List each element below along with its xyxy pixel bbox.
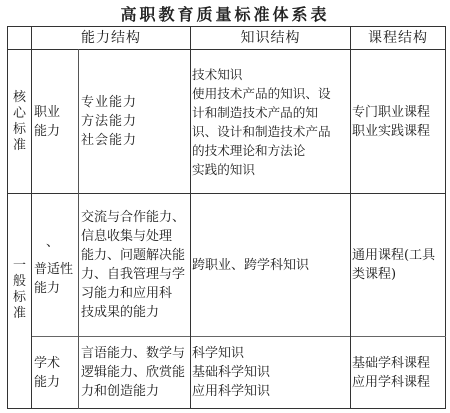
courses-academic: 基础学科课程 应用学科课程 [352, 337, 445, 408]
document-title: 高职教育质量标准体系表 [0, 2, 450, 25]
header-ability-structure: 能力结构 [32, 27, 190, 49]
header-knowledge-structure: 知识结构 [191, 27, 350, 49]
sub-label-universal-ability: 、 普适性 能力 [34, 194, 78, 336]
col-divider-1 [31, 26, 32, 409]
category-core-standard: 核 心 标 准 [8, 50, 31, 193]
knowledge-academic: 科学知识 基础科学知识 应用科学知识 [192, 337, 350, 408]
category-general-standard: 一 般 标 准 [8, 194, 31, 408]
courses-universal: 通用课程(工具 类课程) [352, 194, 445, 336]
col-divider-3 [190, 26, 191, 409]
courses-core: 专门职业课程 职业实践课程 [352, 50, 445, 193]
abilities-academic: 言语能力、数学与 逻辑能力、欣赏能 力和创造能力 [81, 337, 190, 408]
abilities-core: 专业能力 方法能力 社会能力 [81, 50, 190, 193]
knowledge-core: 技术知识 使用技术产品的知识、设 计和制造技术产品的知 识、设计和制造技术产品 … [192, 50, 350, 193]
abilities-universal: 交流与合作能力、 信息收集与处理 能力、问题解决能 力、自我管理与学 习能力和应… [81, 194, 190, 336]
enumeration-mark: 、 [34, 233, 59, 252]
sub-label-vocational-ability: 职业 能力 [34, 50, 78, 193]
table-border-bottom [7, 408, 446, 409]
col-divider-2 [78, 49, 79, 409]
knowledge-universal: 跨职业、跨学科知识 [192, 194, 350, 336]
table-border-right [445, 26, 446, 409]
col-divider-4 [350, 26, 351, 409]
header-course-structure: 课程结构 [351, 27, 445, 49]
sub-label-academic-ability: 学术 能力 [34, 337, 78, 408]
